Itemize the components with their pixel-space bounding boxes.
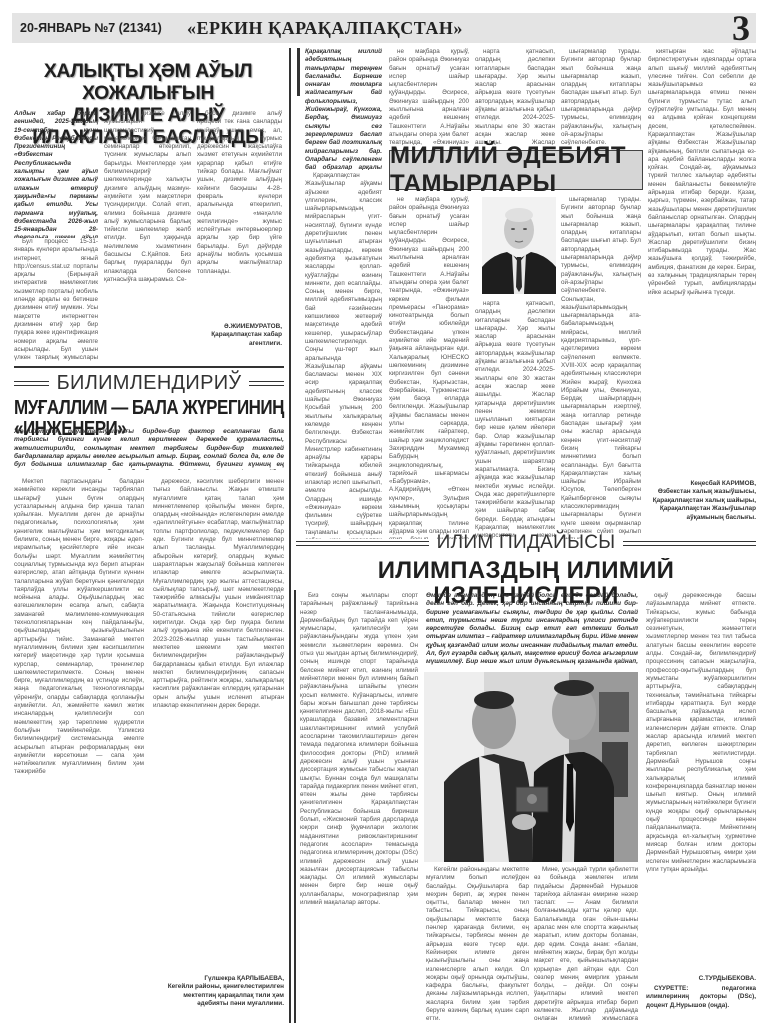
article4-signature: С.ТУРДЫБЕКОВА. — [646, 975, 756, 983]
article1-col2: лерде дизимге алыў жумысларын шөлкемлест… — [104, 110, 191, 362]
article4-col1: Биз соңғы жыллары спорт тарайының раўажл… — [300, 592, 418, 1020]
article1-col3: бәби, дизимге алыў процеси тек ғана санл… — [197, 110, 282, 318]
article2-col2: дәрежеси, кәсиплик шеберлиги менен тығыз… — [153, 478, 284, 971]
article2-col1: Мектеп партасындағы баладан жәмийетке ке… — [14, 478, 144, 1013]
author-portrait-photo — [482, 197, 556, 294]
award-ceremony-photo — [424, 672, 638, 862]
article2-lead: Жәмийеттиң раўажланыўындағы бирден-бир ф… — [14, 428, 284, 470]
article3-col3a: нарта қатнасып, олардың дәслепки китапла… — [475, 48, 555, 145]
divider — [14, 366, 284, 368]
article3-boxed-headline: МИЛЛИЙ ӘДЕБИЯТ ТАМЫРЛАРЫ — [389, 150, 643, 190]
article3-col3b: нарта қатнасып, олардың дәслепки китапла… — [475, 300, 555, 539]
article4-col4: оқыў дәрежесинде басшы лаўазымларда мийн… — [646, 592, 756, 957]
issue-date: 20-ЯНВАРЬ №7 (21341) — [20, 21, 162, 35]
article3-col4a: шығармалар турады. Бүгинги авторлар бунл… — [561, 48, 641, 145]
column-rule — [289, 48, 291, 1023]
article1-signature: Ә.ЖИЙЕМУРАТОВ, Қарақалпақстан хабар аген… — [197, 323, 282, 348]
article1-col1: Бул процесс 15-31-январь күнлери аралығы… — [14, 238, 98, 362]
article4-col2: Кегейли районындағы мектепте муғаллим бо… — [426, 866, 529, 1020]
article3-col1: Қарақалпақстан Жазыўшылар аўқамы аўызеки… — [305, 172, 382, 539]
article4-col3: Мине, усындай түрли қәбилетти өз бойында… — [534, 866, 638, 1020]
article3-col2b: не мақбара қурыў, район орайында Әжиниya… — [389, 196, 469, 539]
article3-col2a: не мақбара қурыў, район орайында Әжиниya… — [389, 48, 469, 145]
award-image — [424, 672, 638, 862]
page-number: 3 — [732, 7, 750, 49]
rubric-science: ИЛИМ ПИДАЙЫСЫ — [296, 532, 756, 554]
article1-lead: Алдын хабар берип-гениндей, 2025-жылдың … — [14, 110, 98, 238]
article3-col5: киятырған жас әўладты бирлестиретуғын ид… — [648, 48, 756, 478]
photo-caption-label: СҮЎРЕТТЕ: — [654, 985, 688, 992]
portrait-image — [482, 197, 556, 294]
article3-col4b: шығармалар турады. Бүгинги авторлар бунл… — [561, 196, 641, 539]
article2-signature: Гүлшекра ҚАРЛЫБАЕВА, Кегейли районы, қән… — [153, 975, 284, 1009]
photo-caption: СҮЎРЕТТЕ: педагогика илимлериниң докторы… — [646, 985, 756, 1019]
rubric-education: БИЛИМЛЕНДИРИЎ — [14, 373, 284, 393]
article3-signature: Кеңесбай КАРИМОВ, Өзбекстан халық жазыўш… — [648, 480, 756, 522]
masthead: 20-ЯНВАРЬ №7 (21341) «ЕРКИН ҚАРАҚАЛПАҚСТ… — [12, 13, 756, 43]
article4-lead: Өмирде адамлардың иси қандай болса, өзи … — [426, 592, 638, 667]
newspaper-title: «ЕРКИН ҚАРАҚАЛПАҚСТАН» — [187, 18, 463, 39]
article3-lead: Қарақалпақ миллий әдебиятының тамырлары … — [305, 48, 382, 170]
